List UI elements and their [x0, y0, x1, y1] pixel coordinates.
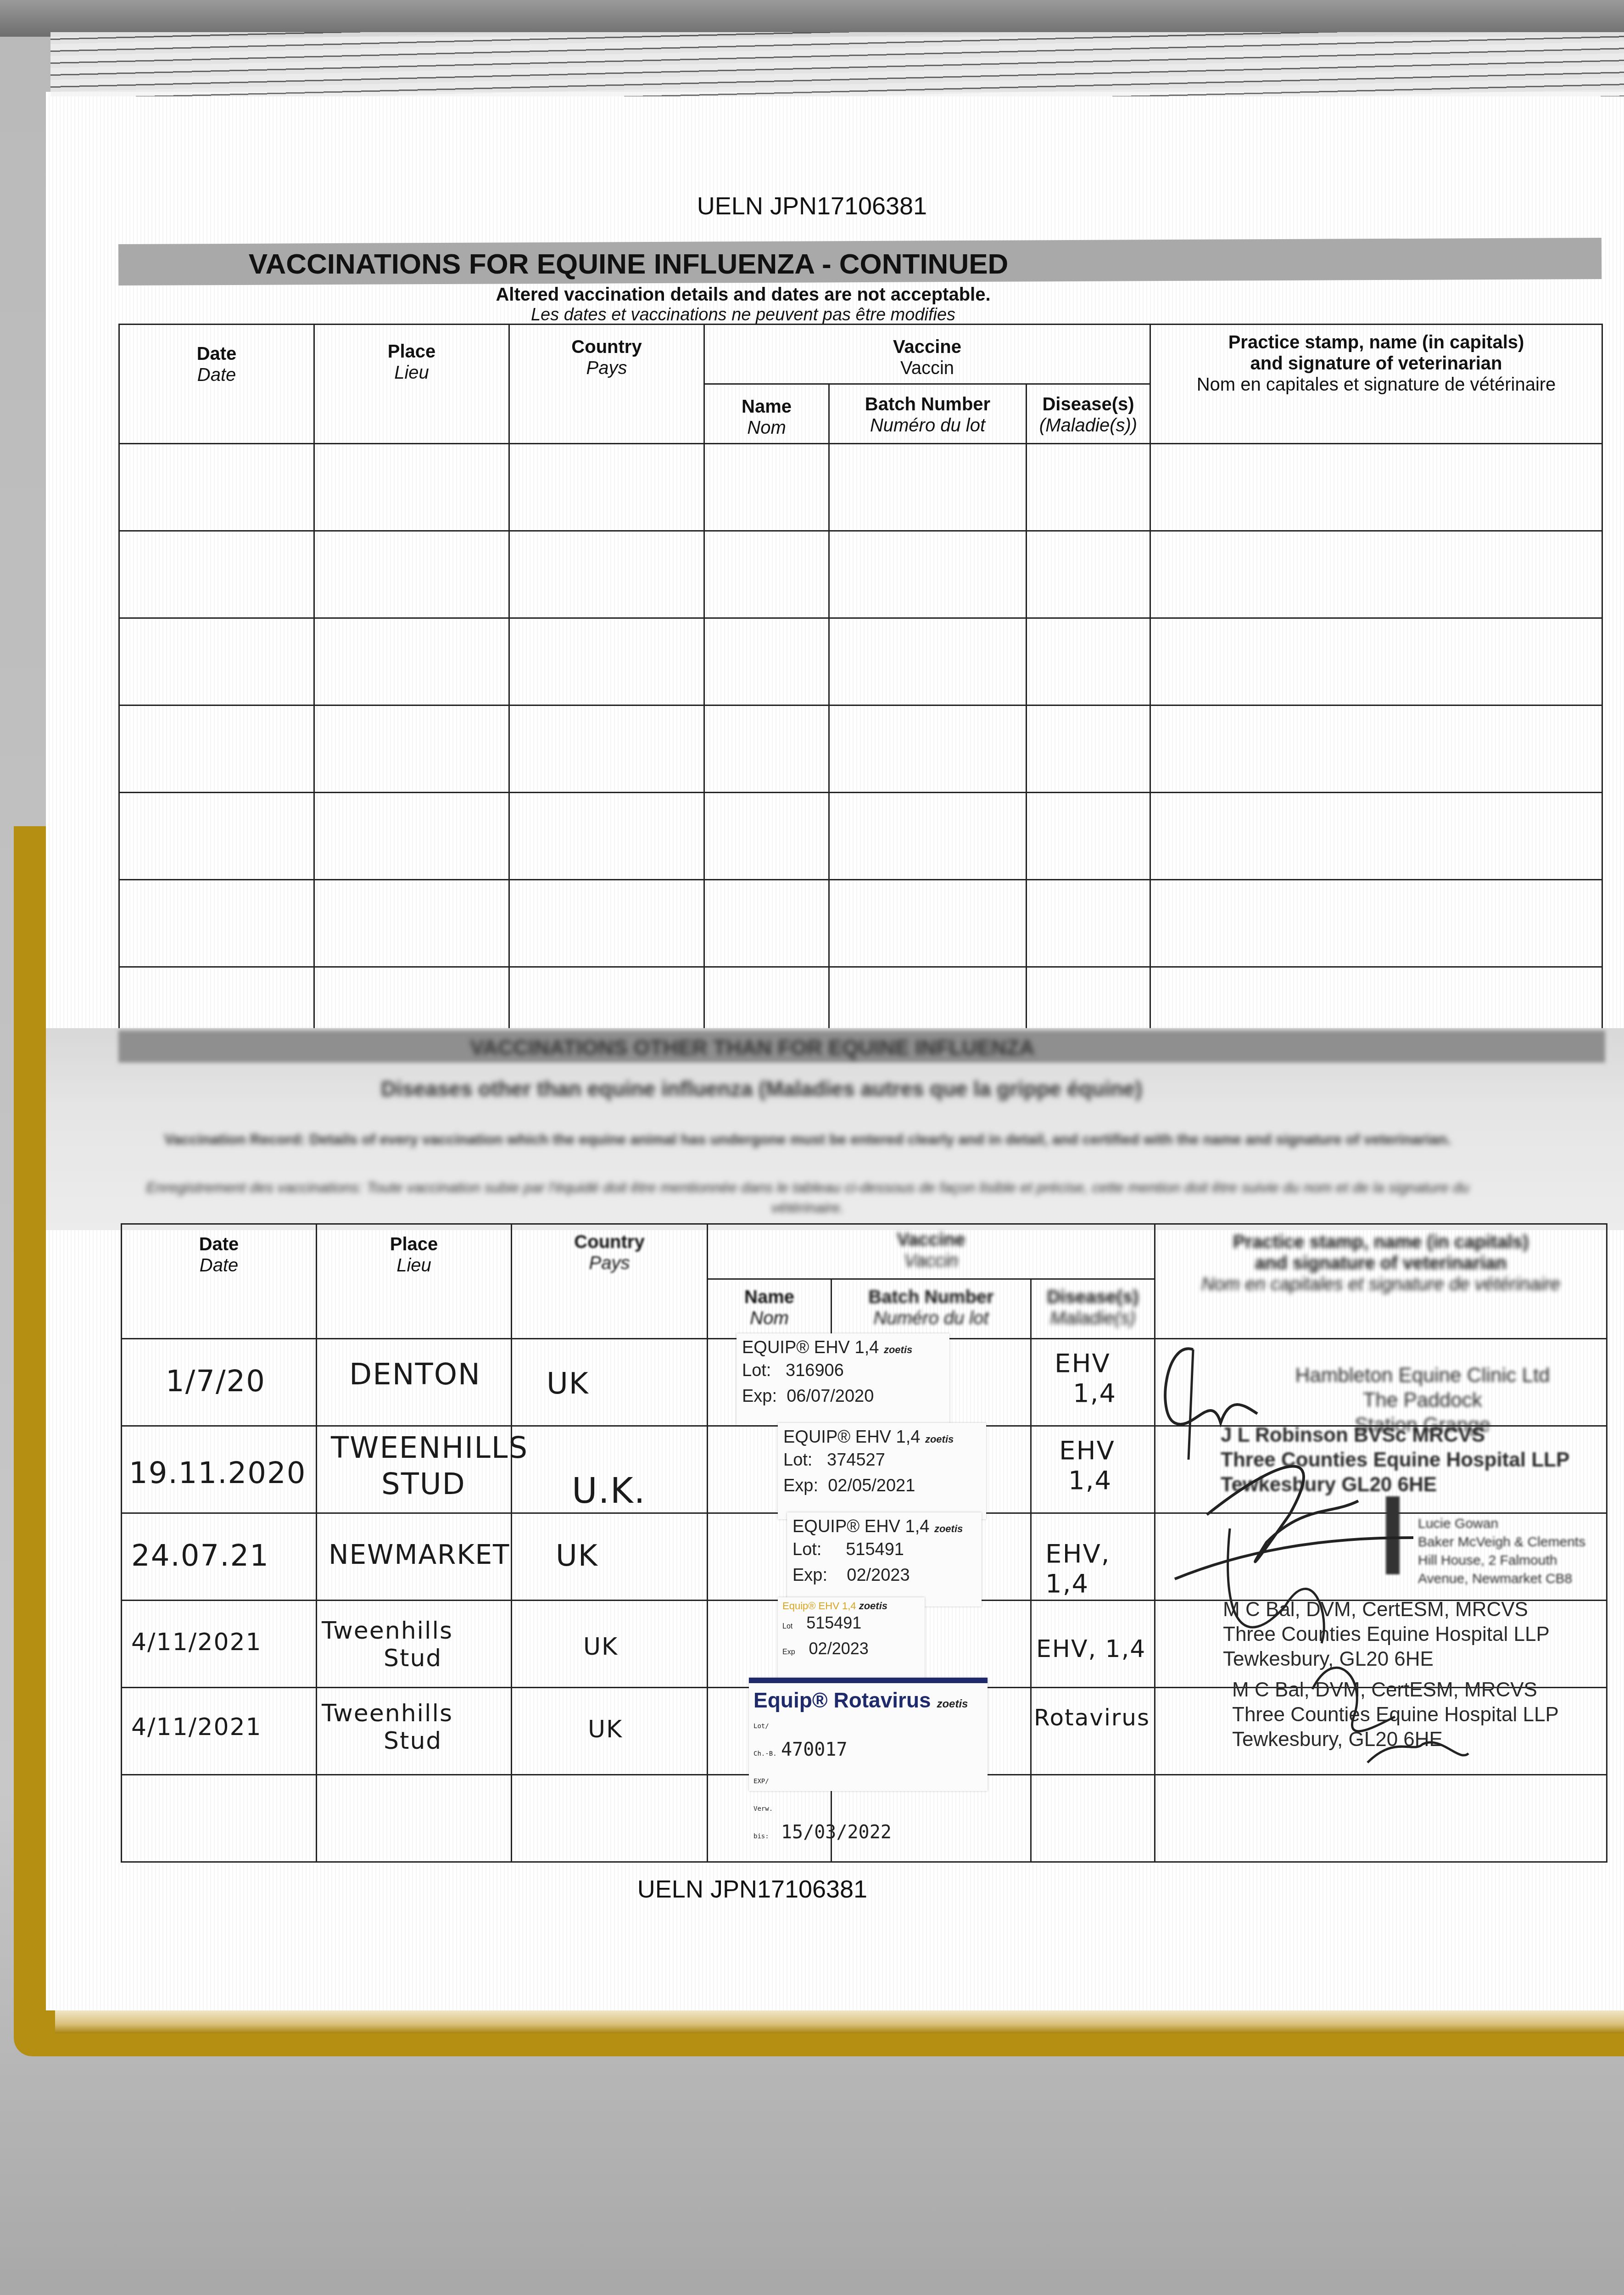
entry-date: 4/11/2021	[131, 1713, 316, 1741]
vaccine-label-rotavirus: Equip® Rotavirus zoetis Lot/ Ch.-B.47001…	[749, 1678, 988, 1791]
header-practice-stamp: Practice stamp, name (in capitals)and si…	[1155, 1224, 1607, 1339]
entry-country: UK	[583, 1633, 707, 1661]
table-row	[119, 967, 1602, 1036]
header-date: DateDate	[119, 325, 314, 444]
table-row	[119, 618, 1602, 705]
header-vaccine: VaccineVaccin	[708, 1224, 1155, 1279]
header-country: CountryPays	[509, 325, 704, 444]
entry-country: UK	[547, 1367, 707, 1401]
entry-place: Tweenhills	[322, 1700, 511, 1727]
table-row	[119, 531, 1602, 618]
entry-date: 4/11/2021	[131, 1629, 316, 1656]
header-batch: Batch NumberNuméro du lot	[829, 384, 1027, 444]
other-section-subtitle: Diseases other than equine influenza (Ma…	[0, 1076, 1574, 1101]
other-section-title: VACCINATIONS OTHER THAN FOR EQUINE INFLU…	[0, 1035, 1564, 1060]
entry-country: UK	[556, 1539, 707, 1573]
header-place: PlaceLieu	[317, 1224, 512, 1339]
header-practice-stamp: Practice stamp, name (in capitals)and si…	[1150, 325, 1602, 444]
entry-date: 24.07.21	[131, 1539, 316, 1573]
header-vaccine: VaccineVaccin	[704, 325, 1150, 384]
table-row	[119, 793, 1602, 880]
header-batch: Batch NumberNuméro du lot	[832, 1279, 1031, 1339]
vaccination-record-note-en: Vaccination Record: Details of every vac…	[142, 1129, 1473, 1149]
ueln-top: UELN JPN17106381	[0, 192, 1624, 220]
entry-place: DENTON	[349, 1358, 511, 1392]
entry-place: TWEENHILLS	[331, 1431, 511, 1465]
page-bottom-edge	[55, 2010, 1624, 2033]
ueln-bottom: UELN JPN17106381	[0, 1875, 1564, 1903]
header-name: NameNom	[704, 384, 829, 444]
altered-note-en: Altered vaccination details and dates ar…	[0, 285, 1555, 305]
entry-place: NEWMARKET	[329, 1539, 511, 1570]
vaccine-label: Equip® EHV 1,4 zoetis Lot 515491 Exp 02/…	[778, 1597, 925, 1679]
header-place: PlaceLieu	[314, 325, 509, 444]
vaccination-record-note-fr: Enregistrement des vaccinations: Toute v…	[142, 1177, 1473, 1218]
page-stack-edges	[50, 32, 1624, 96]
header-disease: Disease(s)(Maladie(s))	[1027, 384, 1150, 444]
table-row	[119, 880, 1602, 967]
table-row	[119, 444, 1602, 531]
entry-place: Tweenhills	[322, 1617, 511, 1645]
entry-date: 1/7/20	[166, 1365, 316, 1399]
entry-disease: EHV, 1,4	[1036, 1635, 1154, 1663]
vaccine-label: EQUIP® EHV 1,4 zoetis Lot: 316906 Exp: 0…	[737, 1333, 949, 1425]
influenza-section-title: VACCINATIONS FOR EQUINE INFLUENZA - CONT…	[0, 248, 1440, 280]
veterinarian-signatures	[1138, 1322, 1597, 1781]
influenza-table: DateDate PlaceLieu CountryPays VaccineVa…	[118, 324, 1603, 1036]
header-disease: Disease(s)Maladie(s)	[1031, 1279, 1155, 1339]
entry-country: UK	[588, 1716, 707, 1743]
table-row	[119, 705, 1602, 793]
header-date: DateDate	[122, 1224, 317, 1339]
vaccine-label: EQUIP® EHV 1,4 zoetis Lot: 374527 Exp: 0…	[778, 1423, 986, 1519]
vaccine-label: EQUIP® EHV 1,4 zoetis Lot: 515491 Exp: 0…	[787, 1512, 982, 1606]
entry-country: U.K.	[572, 1470, 707, 1511]
entry-date: 19.11.2020	[129, 1456, 316, 1490]
scanner-top-shadow	[0, 0, 1624, 37]
header-name: NameNom	[708, 1279, 832, 1339]
header-country: CountryPays	[512, 1224, 708, 1339]
entry-disease: Rotavirus	[1034, 1704, 1154, 1731]
altered-note-fr: Les dates et vaccinations ne peuvent pas…	[0, 305, 1555, 325]
